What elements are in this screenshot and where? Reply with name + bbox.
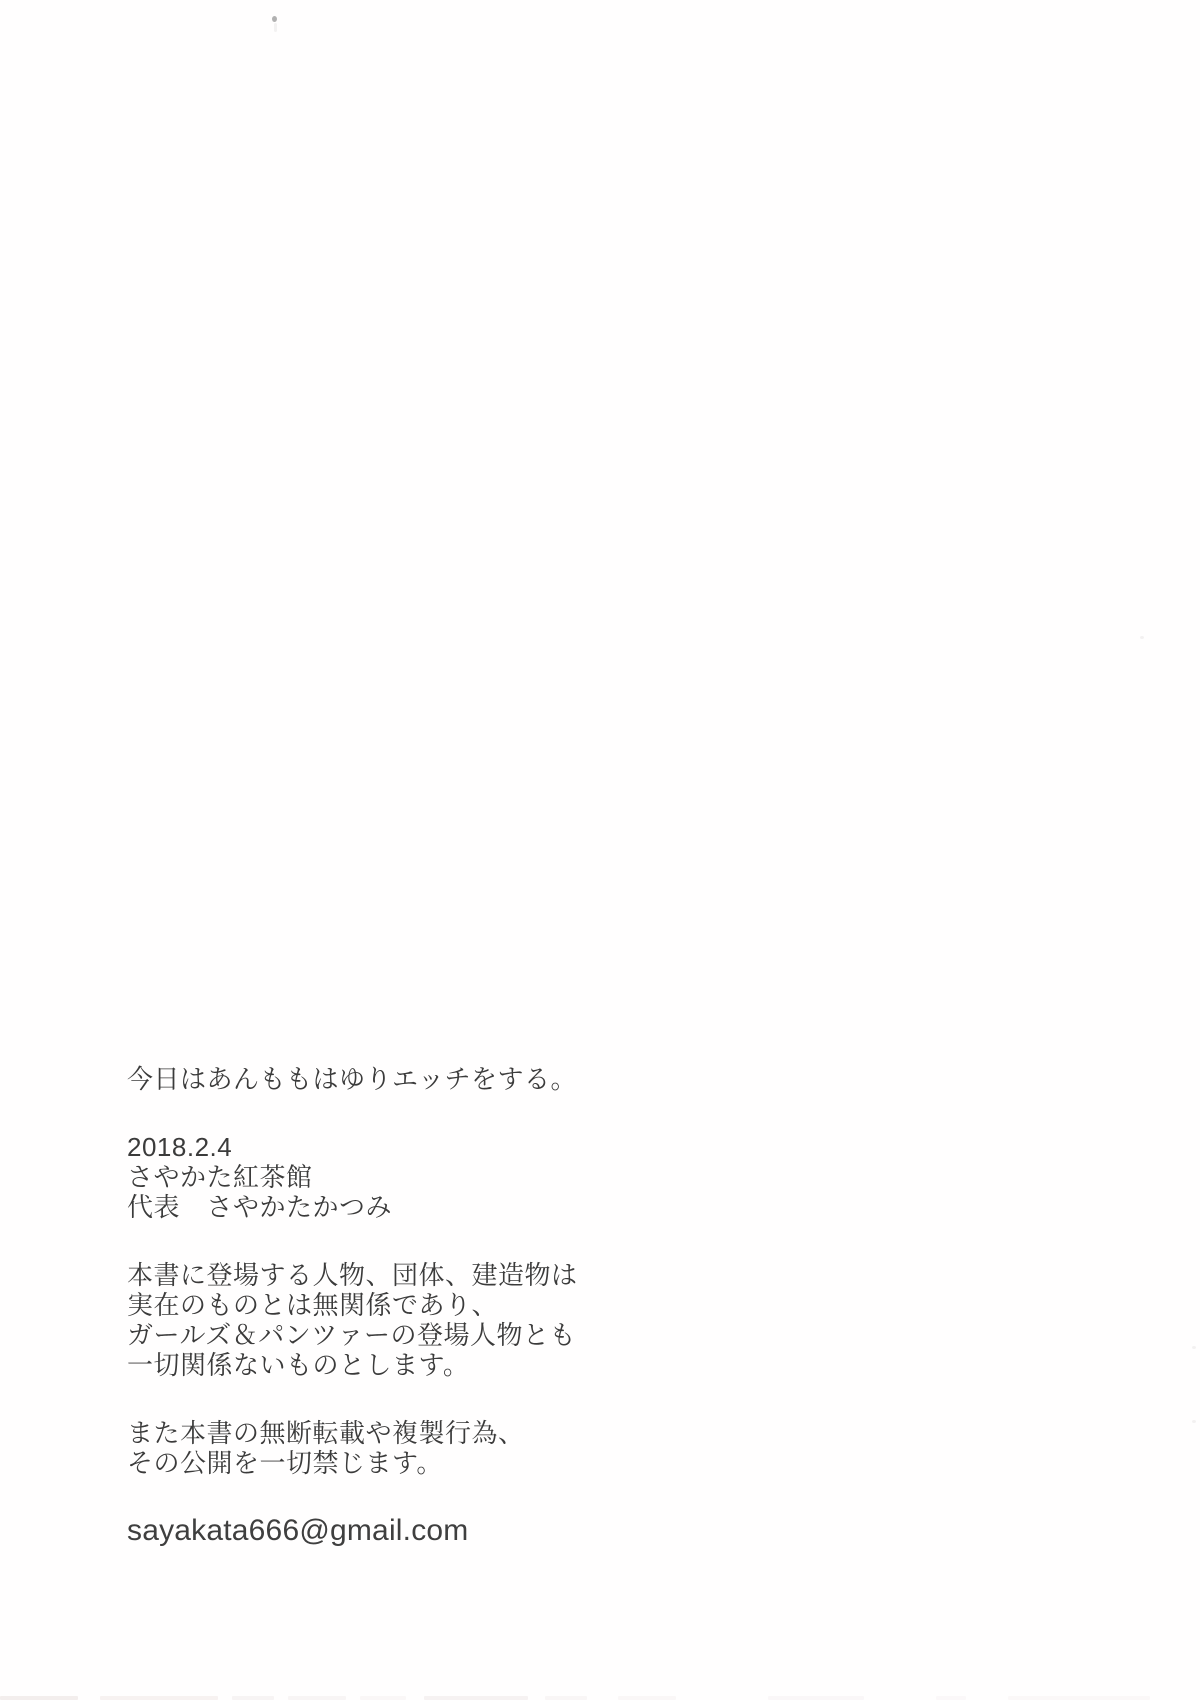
disclaimer-line-2: 実在のものとは無関係であり、: [127, 1290, 498, 1320]
scan-dust-speck: [1140, 636, 1144, 639]
scan-dust-speck: [1192, 1420, 1196, 1423]
prohibition-paragraph: また本書の無断転載や複製行為、 その公開を一切禁じます。: [127, 1418, 747, 1478]
scan-edge-segment: [545, 1696, 587, 1700]
colophon-text-block: 今日はあんももはゆりエッチをする。 2018.2.4 さやかた紅茶館 代表 さや…: [127, 1064, 747, 1546]
disclaimer-paragraph: 本書に登場する人物、団体、建造物は 実在のものとは無関係であり、 ガールズ＆パン…: [127, 1260, 747, 1380]
scan-edge-segment: [618, 1696, 676, 1700]
representative-name: 代表 さやかたかつみ: [127, 1192, 392, 1222]
scan-edge-segment: [100, 1696, 218, 1700]
scanned-colophon-page: 今日はあんももはゆりエッチをする。 2018.2.4 さやかた紅茶館 代表 さや…: [0, 0, 1200, 1700]
scan-edge-segment: [0, 1696, 78, 1700]
publication-info-paragraph: 2018.2.4 さやかた紅茶館 代表 さやかたかつみ: [127, 1132, 747, 1222]
scan-edge-segment: [288, 1696, 346, 1700]
scan-edge-artifact: [0, 1694, 1200, 1700]
tagline-text: 今日はあんももはゆりエッチをする。: [127, 1064, 577, 1094]
tagline-paragraph: 今日はあんももはゆりエッチをする。: [127, 1064, 747, 1094]
prohibition-line-1: また本書の無断転載や複製行為、: [127, 1418, 525, 1448]
contact-paragraph: sayakata666@gmail.com: [127, 1516, 747, 1546]
scan-dust-smear: [274, 23, 277, 32]
scan-edge-segment: [360, 1696, 406, 1700]
disclaimer-line-4: 一切関係ないものとします。: [127, 1350, 469, 1380]
scan-edge-segment: [424, 1696, 528, 1700]
scan-edge-segment: [768, 1696, 864, 1700]
scan-edge-segment: [1008, 1696, 1150, 1700]
prohibition-line-2: その公開を一切禁じます。: [127, 1448, 443, 1478]
circle-name: さやかた紅茶館: [127, 1162, 313, 1192]
scan-dust-speck: [272, 16, 277, 22]
publication-date: 2018.2.4: [127, 1132, 232, 1162]
scan-dust-speck: [1192, 1346, 1196, 1349]
scan-edge-segment: [232, 1696, 274, 1700]
scan-edge-segment: [936, 1696, 966, 1700]
disclaimer-line-3: ガールズ＆パンツァーの登場人物とも: [127, 1320, 576, 1350]
disclaimer-line-1: 本書に登場する人物、団体、建造物は: [127, 1260, 578, 1290]
contact-email: sayakata666@gmail.com: [127, 1514, 468, 1547]
